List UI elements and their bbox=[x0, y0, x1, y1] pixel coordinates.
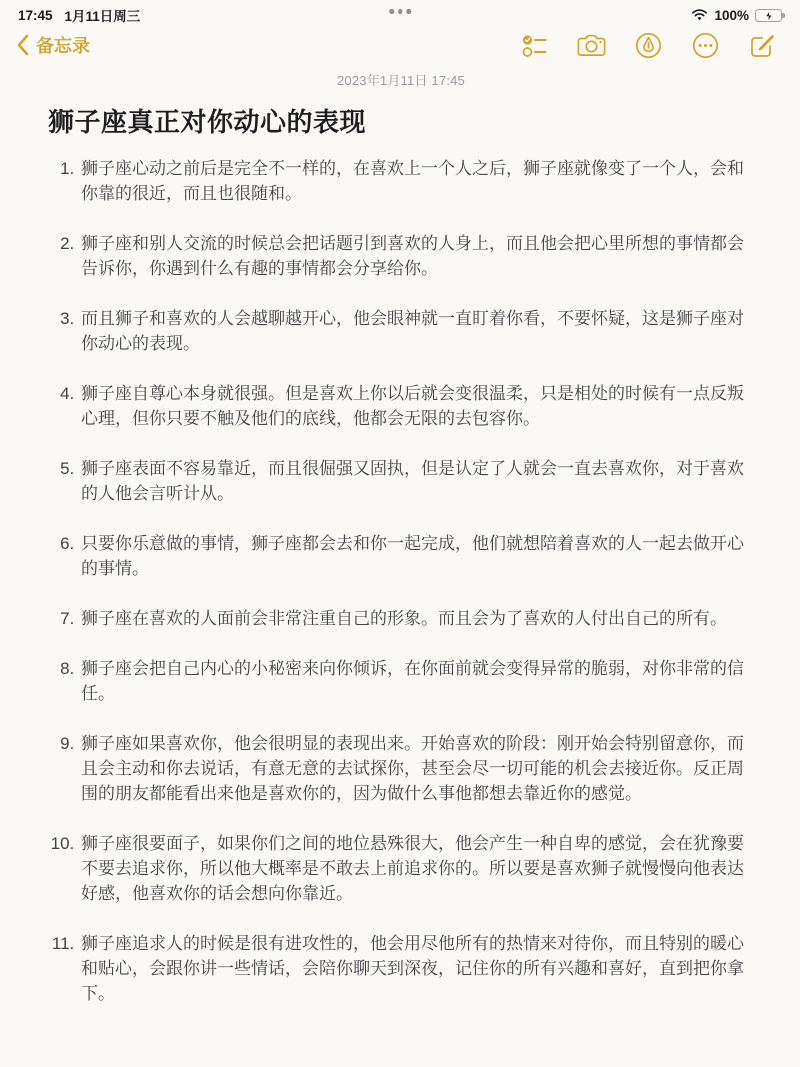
multitask-indicator[interactable] bbox=[389, 9, 411, 14]
list-item[interactable]: 狮子座很要面子，如果你们之间的地位悬殊很大，他会产生一种自卑的感觉，会在犹豫要不… bbox=[79, 831, 754, 906]
list-item[interactable]: 狮子座心动之前后是完全不一样的，在喜欢上一个人之后，狮子座就像变了一个人，会和你… bbox=[79, 156, 754, 206]
battery-icon bbox=[755, 9, 782, 22]
camera-icon bbox=[577, 33, 606, 58]
note-title[interactable]: 狮子座真正对你动心的表现 bbox=[48, 102, 754, 139]
more-icon bbox=[692, 32, 719, 59]
list-item[interactable]: 狮子座会把自己内心的小秘密来向你倾诉，在你面前就会变得异常的脆弱，对你非常的信任… bbox=[79, 656, 754, 706]
list-item[interactable]: 狮子座如果喜欢你，他会很明显的表现出来。开始喜欢的阶段：刚开始会特别留意你，而且… bbox=[79, 731, 754, 806]
status-time: 17:45 bbox=[18, 8, 53, 23]
charging-bolt-icon bbox=[763, 10, 775, 22]
back-label: 备忘录 bbox=[36, 32, 90, 58]
list-item[interactable]: 而且狮子和喜欢的人会越聊越开心，他会眼神就一直盯着你看，不要怀疑，这是狮子座对你… bbox=[79, 306, 754, 356]
list-item[interactable]: 狮子座和别人交流的时候总会把话题引到喜欢的人身上，而且他会把心里所想的事情都会告… bbox=[79, 231, 754, 281]
markup-icon bbox=[635, 32, 662, 59]
battery-percent: 100% bbox=[714, 8, 749, 23]
status-bar: 17:45 1月11日周三 100% bbox=[0, 0, 800, 26]
back-button[interactable]: 备忘录 bbox=[16, 32, 90, 58]
compose-button[interactable] bbox=[749, 32, 776, 59]
list-item[interactable]: 只要你乐意做的事情，狮子座都会去和你一起完成，他们就想陪着喜欢的人一起去做开心的… bbox=[79, 531, 754, 581]
compose-icon bbox=[749, 32, 776, 59]
note-timestamp: 2023年1月11日 17:45 bbox=[48, 70, 754, 89]
camera-button[interactable] bbox=[578, 32, 605, 59]
checklist-icon bbox=[521, 32, 548, 59]
checklist-button[interactable] bbox=[521, 32, 548, 59]
toolbar bbox=[521, 32, 776, 59]
note-list: 狮子座心动之前后是完全不一样的，在喜欢上一个人之后，狮子座就像变了一个人，会和你… bbox=[48, 156, 754, 1006]
markup-button[interactable] bbox=[635, 32, 662, 59]
nav-bar: 备忘录 bbox=[0, 26, 800, 64]
chevron-left-icon bbox=[16, 34, 29, 56]
wifi-icon bbox=[691, 9, 708, 22]
list-item[interactable]: 狮子座在喜欢的人面前会非常注重自己的形象。而且会为了喜欢的人付出自己的所有。 bbox=[79, 606, 754, 631]
more-button[interactable] bbox=[692, 32, 719, 59]
status-date: 1月11日周三 bbox=[65, 5, 141, 25]
note-editor[interactable]: 2023年1月11日 17:45 狮子座真正对你动心的表现 狮子座心动之前后是完… bbox=[0, 64, 800, 1006]
list-item[interactable]: 狮子座表面不容易靠近，而且很倔强又固执，但是认定了人就会一直去喜欢你，对于喜欢的… bbox=[79, 456, 754, 506]
list-item[interactable]: 狮子座自尊心本身就很强。但是喜欢上你以后就会变很温柔，只是相处的时候有一点反叛心… bbox=[79, 381, 754, 431]
list-item[interactable]: 狮子座追求人的时候是很有进攻性的，他会用尽他所有的热情来对待你，而且特别的暖心和… bbox=[79, 931, 754, 1006]
